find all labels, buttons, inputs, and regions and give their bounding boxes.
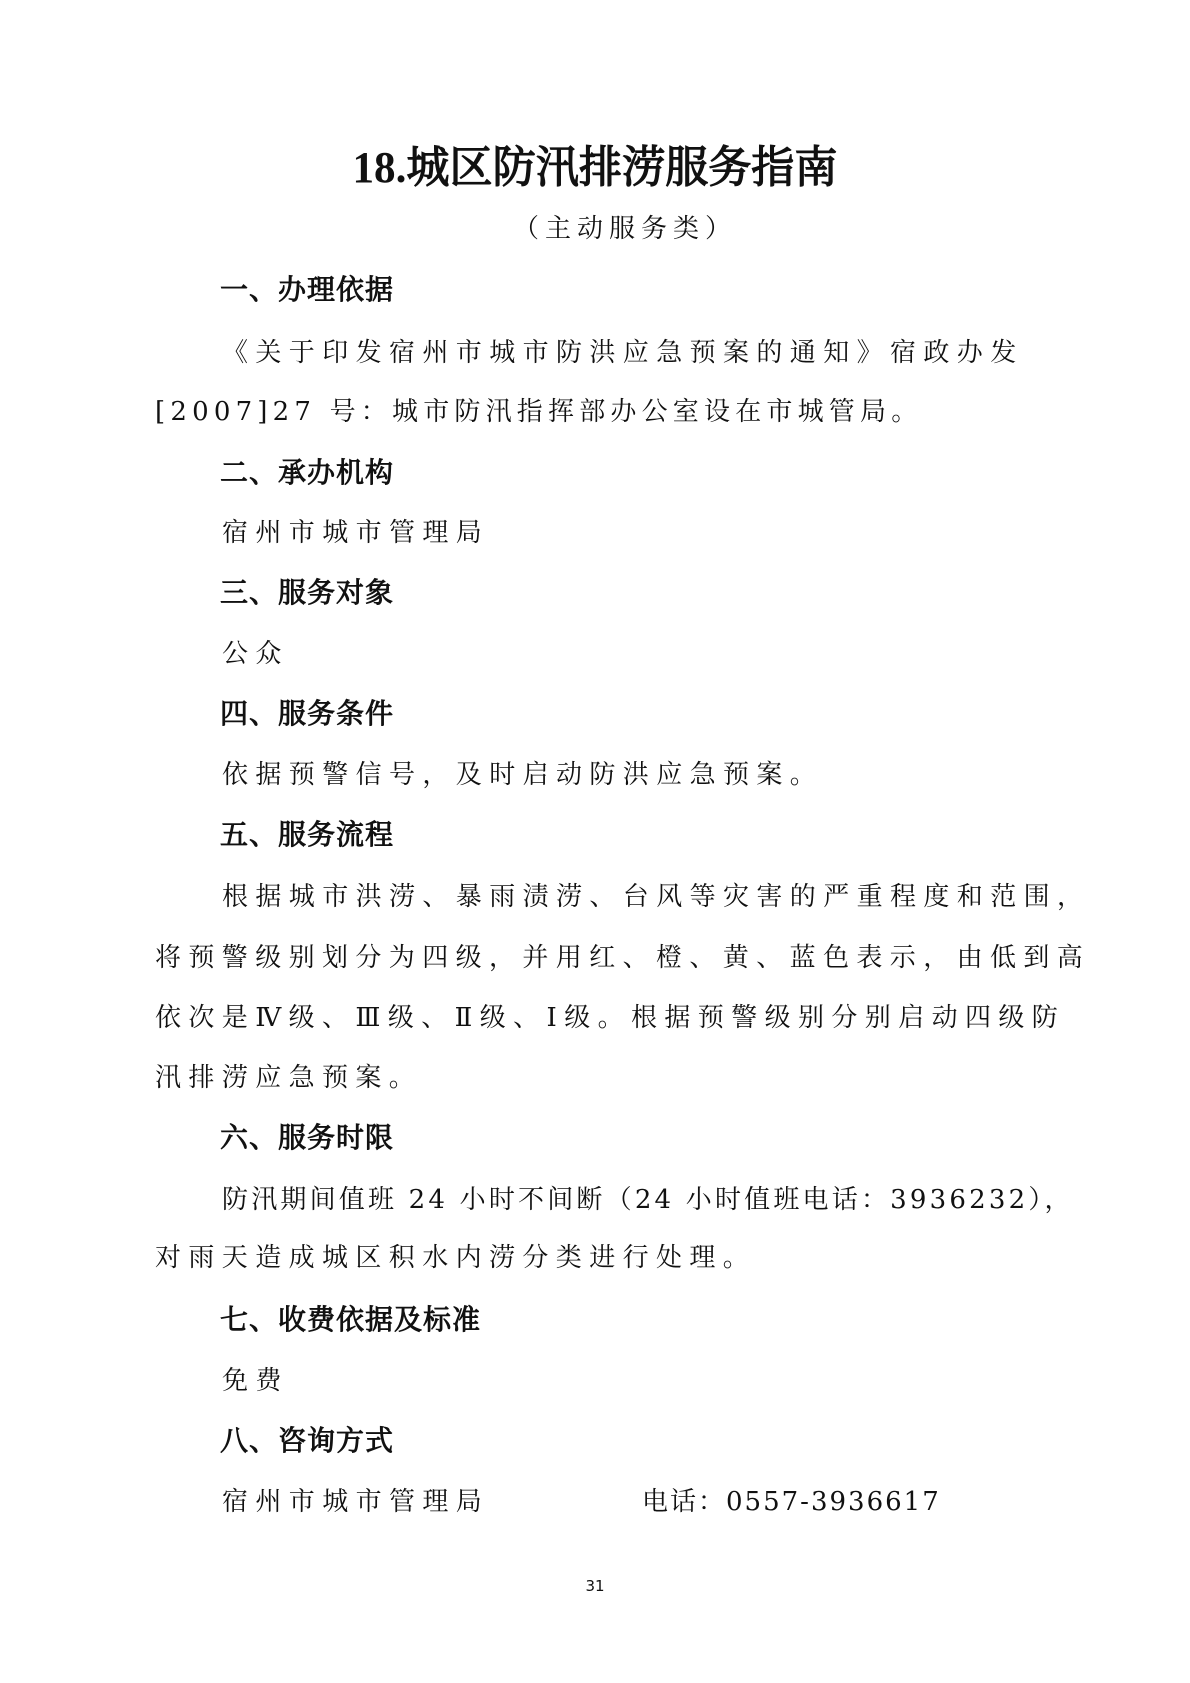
section-text-process-line4: 汛排涝应急预案。 (155, 1065, 422, 1091)
page-subtitle: （主动服务类） (0, 216, 1190, 242)
section-heading-time-limit: 六、服务时限 (220, 1124, 394, 1152)
section-heading-conditions: 四、服务条件 (220, 700, 394, 728)
section-text-fees: 免费 (222, 1368, 289, 1394)
section-text-process-line2: 将预警级别划分为四级，并用红、橙、黄、蓝色表示，由低到高 (155, 945, 1090, 971)
section-heading-process: 五、服务流程 (220, 821, 394, 849)
section-heading-consultation: 八、咨询方式 (220, 1427, 394, 1455)
contact-organization: 宿州市城市管理局 (222, 1489, 489, 1515)
section-heading-target: 三、服务对象 (220, 579, 394, 607)
section-text-conditions: 依据预警信号，及时启动防洪应急预案。 (222, 762, 823, 788)
section-text-process-line3: 依次是Ⅳ级、Ⅲ级、Ⅱ级、Ⅰ级。根据预警级别分别启动四级防 (155, 1005, 1065, 1031)
section-text-process-line1: 根据城市洪涝、暴雨渍涝、台风等灾害的严重程度和范围， (222, 884, 1090, 910)
section-text-target: 公众 (222, 641, 289, 667)
section-heading-basis: 一、办理依据 (220, 276, 394, 304)
page-title: 18.城区防汛排涝服务指南 (12, 146, 1178, 190)
section-heading-fees: 七、收费依据及标准 (220, 1306, 481, 1334)
contact-phone: 电话：0557-3936617 (642, 1489, 941, 1515)
section-text-time-limit-line1: 防汛期间值班 24 小时不间断（24 小时值班电话：3936232）， (222, 1187, 1074, 1213)
section-text-basis-line1: 《关于印发宿州市城市防洪应急预案的通知》宿政办发 (222, 340, 1024, 366)
section-text-organization: 宿州市城市管理局 (222, 520, 489, 546)
page-number: 31 (0, 1579, 1190, 1594)
section-text-time-limit-line2: 对雨天造成城区积水内涝分类进行处理。 (155, 1245, 756, 1271)
section-heading-organization: 二、承办机构 (220, 459, 394, 487)
section-text-basis-line2: [2007]27 号：城市防汛指挥部办公室设在市城管局。 (155, 399, 922, 425)
